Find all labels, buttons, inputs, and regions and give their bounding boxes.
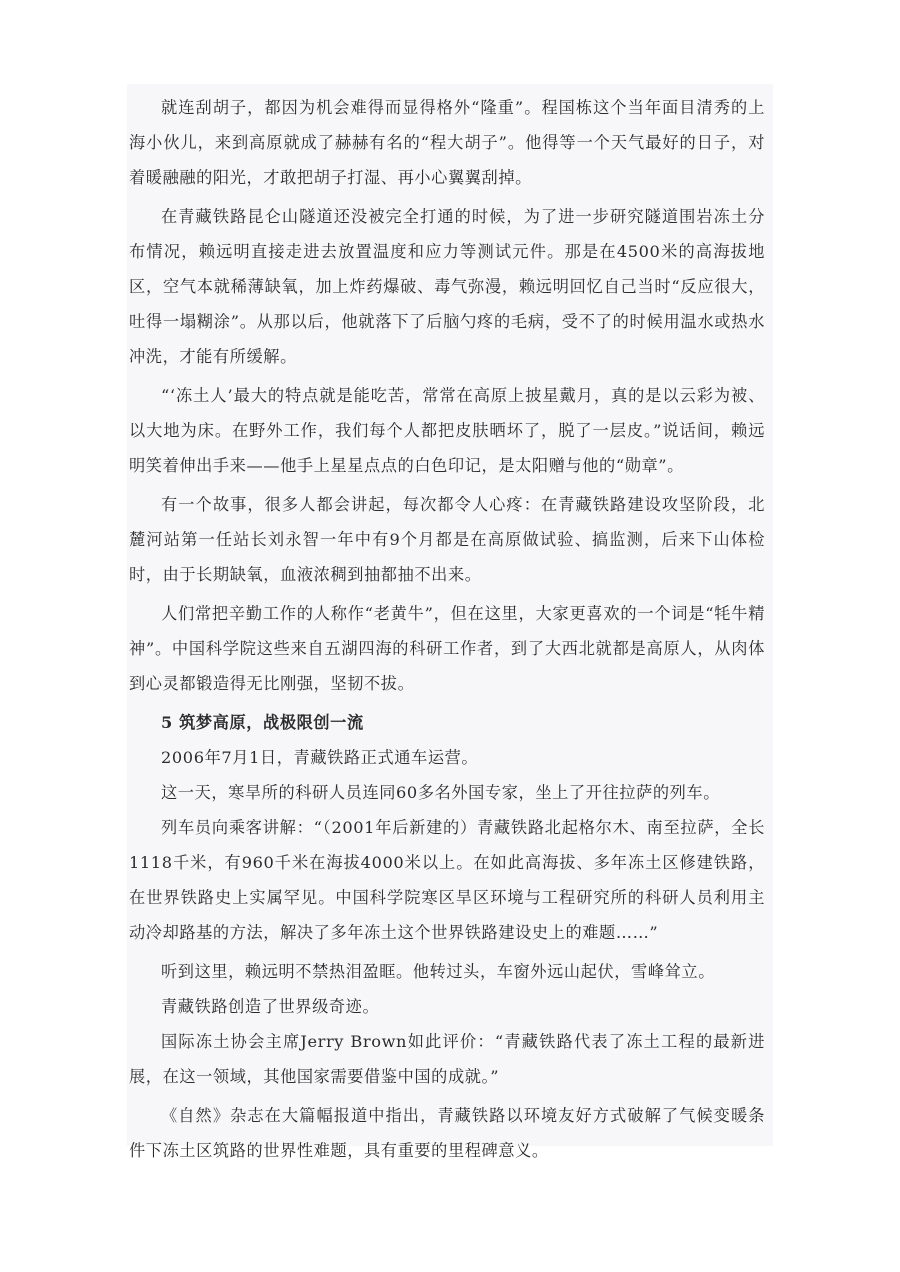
document-page: 就连刮胡子，都因为机会难得而显得格外“隆重”。程国栋这个当年面目清秀的上海小伙儿… <box>127 84 773 1146</box>
paragraph-jerry-brown-quote: 国际冻土协会主席Jerry Brown如此评价：“青藏铁路代表了冻土工程的最新进… <box>129 1024 765 1094</box>
paragraph-station-chief-story: 有一个故事，很多人都会讲起，每次都令人心疼：在青藏铁路建设攻坚阶段，北麓河站第一… <box>129 487 765 592</box>
paragraph-yak-spirit: 人们常把辛勤工作的人称作“老黄牛”，但在这里，大家更喜欢的一个词是“牦牛精神”。… <box>129 596 765 701</box>
paragraph-attendant-explanation: 列车员向乘客讲解：“（2001年后新建的）青藏铁路北起格尔木、南至拉萨，全长11… <box>129 810 765 950</box>
paragraph-tears: 听到这里，赖远明不禁热泪盈眶。他转过头，车窗外远山起伏，雪峰耸立。 <box>129 954 765 989</box>
paragraph-world-miracle: 青藏铁路创造了世界级奇迹。 <box>129 989 765 1024</box>
section-heading: 5 筑梦高原，战极限创一流 <box>129 705 765 740</box>
paragraph-shaving: 就连刮胡子，都因为机会难得而显得格外“隆重”。程国栋这个当年面目清秀的上海小伙儿… <box>129 90 765 195</box>
paragraph-frozen-soil-people: “‘冻土人’最大的特点就是能吃苦，常常在高原上披星戴月，真的是以云彩为被、以大地… <box>129 378 765 483</box>
paragraph-nature-journal: 《自然》杂志在大篇幅报道中指出，青藏铁路以环境友好方式破解了气候变暖条件下冻土区… <box>129 1098 765 1168</box>
paragraph-train-to-lhasa: 这一天，寒旱所的科研人员连同60多名外国专家，坐上了开往拉萨的列车。 <box>129 775 765 810</box>
paragraph-opening-date: 2006年7月1日，青藏铁路正式通车运营。 <box>129 740 765 775</box>
paragraph-kunlun-tunnel: 在青藏铁路昆仑山隧道还没被完全打通的时候，为了进一步研究隧道围岩冻土分布情况，赖… <box>129 199 765 374</box>
